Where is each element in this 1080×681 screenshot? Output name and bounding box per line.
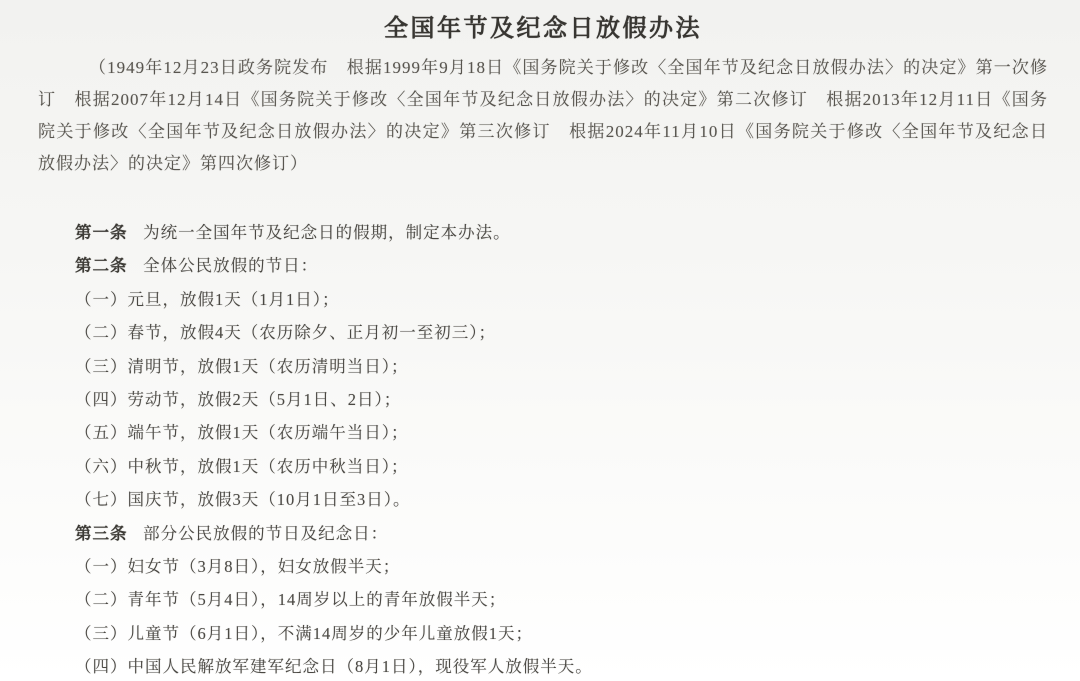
document-preamble: （1949年12月23日政务院发布 根据1999年9月18日《国务院关于修改〈全… (38, 52, 1048, 180)
article-1: 第一条为统一全国年节及纪念日的假期，制定本办法。 (38, 216, 1048, 249)
article-2-text: 全体公民放假的节日： (143, 256, 318, 275)
article-3-number: 第三条 (75, 524, 128, 543)
article-3-item-2: （二）青年节（5月4日），14周岁以上的青年放假半天； (38, 583, 1048, 616)
article-3-item-3: （三）儿童节（6月1日），不满14周岁的少年儿童放假1天； (38, 617, 1048, 650)
article-3: 第三条部分公民放假的节日及纪念日： (38, 517, 1048, 550)
article-2-number: 第二条 (75, 256, 128, 275)
document-page: 全国年节及纪念日放假办法 （1949年12月23日政务院发布 根据1999年9月… (0, 0, 1080, 681)
article-3-item-4: （四）中国人民解放军建军纪念日（8月1日），现役军人放假半天。 (38, 650, 1048, 681)
article-2-item-1: （一）元旦，放假1天（1月1日）； (38, 283, 1048, 316)
article-3-item-1: （一）妇女节（3月8日），妇女放假半天； (38, 550, 1048, 583)
article-2-item-2: （二）春节，放假4天（农历除夕、正月初一至初三）； (38, 316, 1048, 349)
document-body: 第一条为统一全国年节及纪念日的假期，制定本办法。 第二条全体公民放假的节日： （… (38, 216, 1048, 681)
article-2-item-5: （五）端午节，放假1天（农历端午当日）； (38, 416, 1048, 449)
article-1-number: 第一条 (75, 223, 128, 242)
article-2-item-4: （四）劳动节，放假2天（5月1日、2日）； (38, 383, 1048, 416)
document-title: 全国年节及纪念日放假办法 (38, 12, 1048, 46)
article-2-item-7: （七）国庆节，放假3天（10月1日至3日）。 (38, 483, 1048, 516)
article-2-item-6: （六）中秋节，放假1天（农历中秋当日）； (38, 450, 1048, 483)
article-2-item-3: （三）清明节，放假1天（农历清明当日）； (38, 350, 1048, 383)
article-2: 第二条全体公民放假的节日： (38, 249, 1048, 282)
article-3-text: 部分公民放假的节日及纪念日： (143, 524, 388, 543)
article-1-text: 为统一全国年节及纪念日的假期，制定本办法。 (143, 223, 511, 242)
